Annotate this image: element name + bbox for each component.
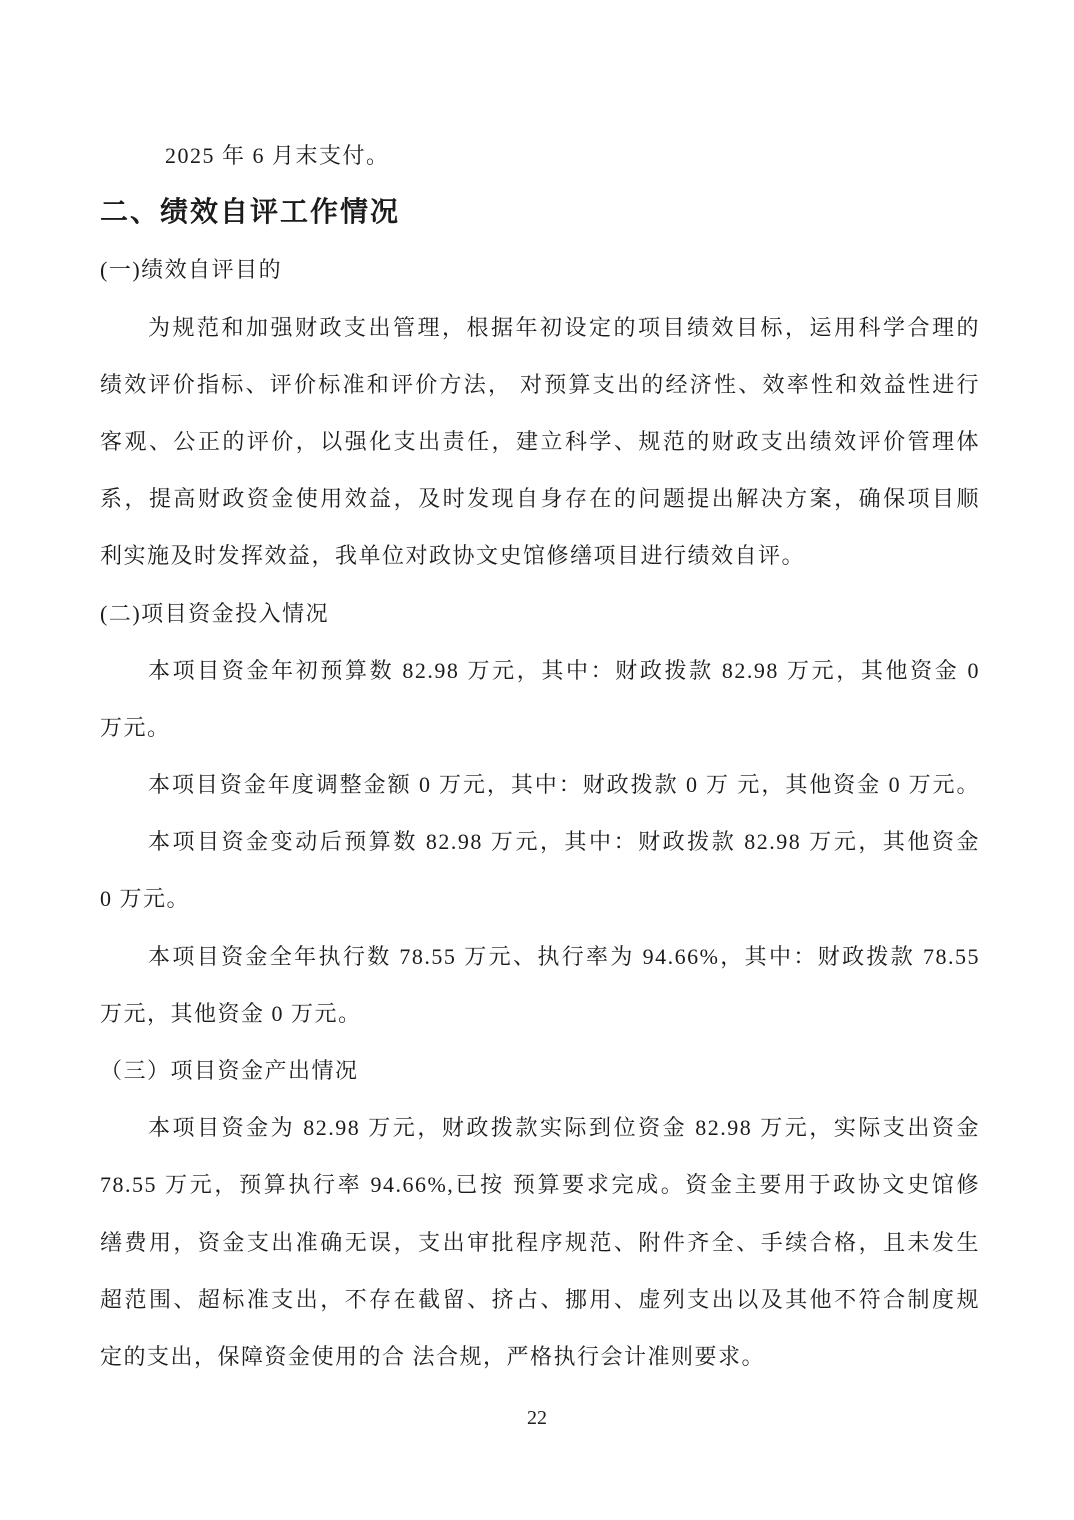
paragraph-line: 本项目资金年初预算数 82.98 万元，其中：财政拨款 82.98 万元，其他资…	[100, 642, 980, 699]
paragraph-line: 本项目资金全年执行数 78.55 万元、执行率为 94.66%，其中：财政拨款 …	[100, 928, 980, 985]
paragraph-line: 定的支出，保障资金使用的合 法合规，严格执行会计准则要求。	[100, 1328, 980, 1385]
paragraph-line: 为规范和加强财政支出管理，根据年初设定的项目绩效目标，运用科学合理的	[100, 299, 980, 356]
document-body: 2025 年 6 月末支付。 二、绩效自评工作情况 (一)绩效自评目的 为规范和…	[100, 127, 980, 1385]
paragraph-line: 系，提高财政资金使用效益，及时发现自身存在的问题提出解决方案，确保项目顺	[100, 470, 980, 527]
paragraph-line: 0 万元。	[100, 870, 980, 927]
paragraph-line: 绩效评价指标、评价标准和评价方法， 对预算支出的经济性、效率性和效益性进行	[100, 356, 980, 413]
paragraph-line: 万元，其他资金 0 万元。	[100, 985, 980, 1042]
paragraph-line: 客观、公正的评价，以强化支出责任，建立科学、规范的财政支出绩效评价管理体	[100, 413, 980, 470]
page-number: 22	[0, 1390, 1074, 1447]
paragraph-line: 万元。	[100, 699, 980, 756]
paragraph-line: 78.55 万元，预算执行率 94.66%,已按 预算要求完成。资金主要用于政协…	[100, 1156, 980, 1213]
paragraph-line: 缮费用，资金支出准确无误，支出审批程序规范、附件齐全、手续合格，且未发生	[100, 1214, 980, 1271]
paragraph-line: 利实施及时发挥效益，我单位对政协文史馆修缮项目进行绩效自评。	[100, 527, 980, 584]
continuation-line: 2025 年 6 月末支付。	[100, 127, 980, 184]
paragraph-line: 本项目资金年度调整金额 0 万元，其中：财政拨款 0 万 元，其他资金 0 万元…	[100, 756, 980, 813]
section-heading: 二、绩效自评工作情况	[100, 184, 980, 241]
subsection-title: （三）项目资金产出情况	[100, 1042, 980, 1099]
document-page: 2025 年 6 月末支付。 二、绩效自评工作情况 (一)绩效自评目的 为规范和…	[0, 0, 1074, 1520]
subsection-title: (一)绩效自评目的	[100, 241, 980, 298]
paragraph-line: 本项目资金变动后预算数 82.98 万元，其中：财政拨款 82.98 万元，其他…	[100, 813, 980, 870]
paragraph-line: 本项目资金为 82.98 万元，财政拨款实际到位资金 82.98 万元，实际支出…	[100, 1099, 980, 1156]
subsection-title: (二)项目资金投入情况	[100, 585, 980, 642]
paragraph-line: 超范围、超标准支出，不存在截留、挤占、挪用、虚列支出以及其他不符合制度规	[100, 1271, 980, 1328]
